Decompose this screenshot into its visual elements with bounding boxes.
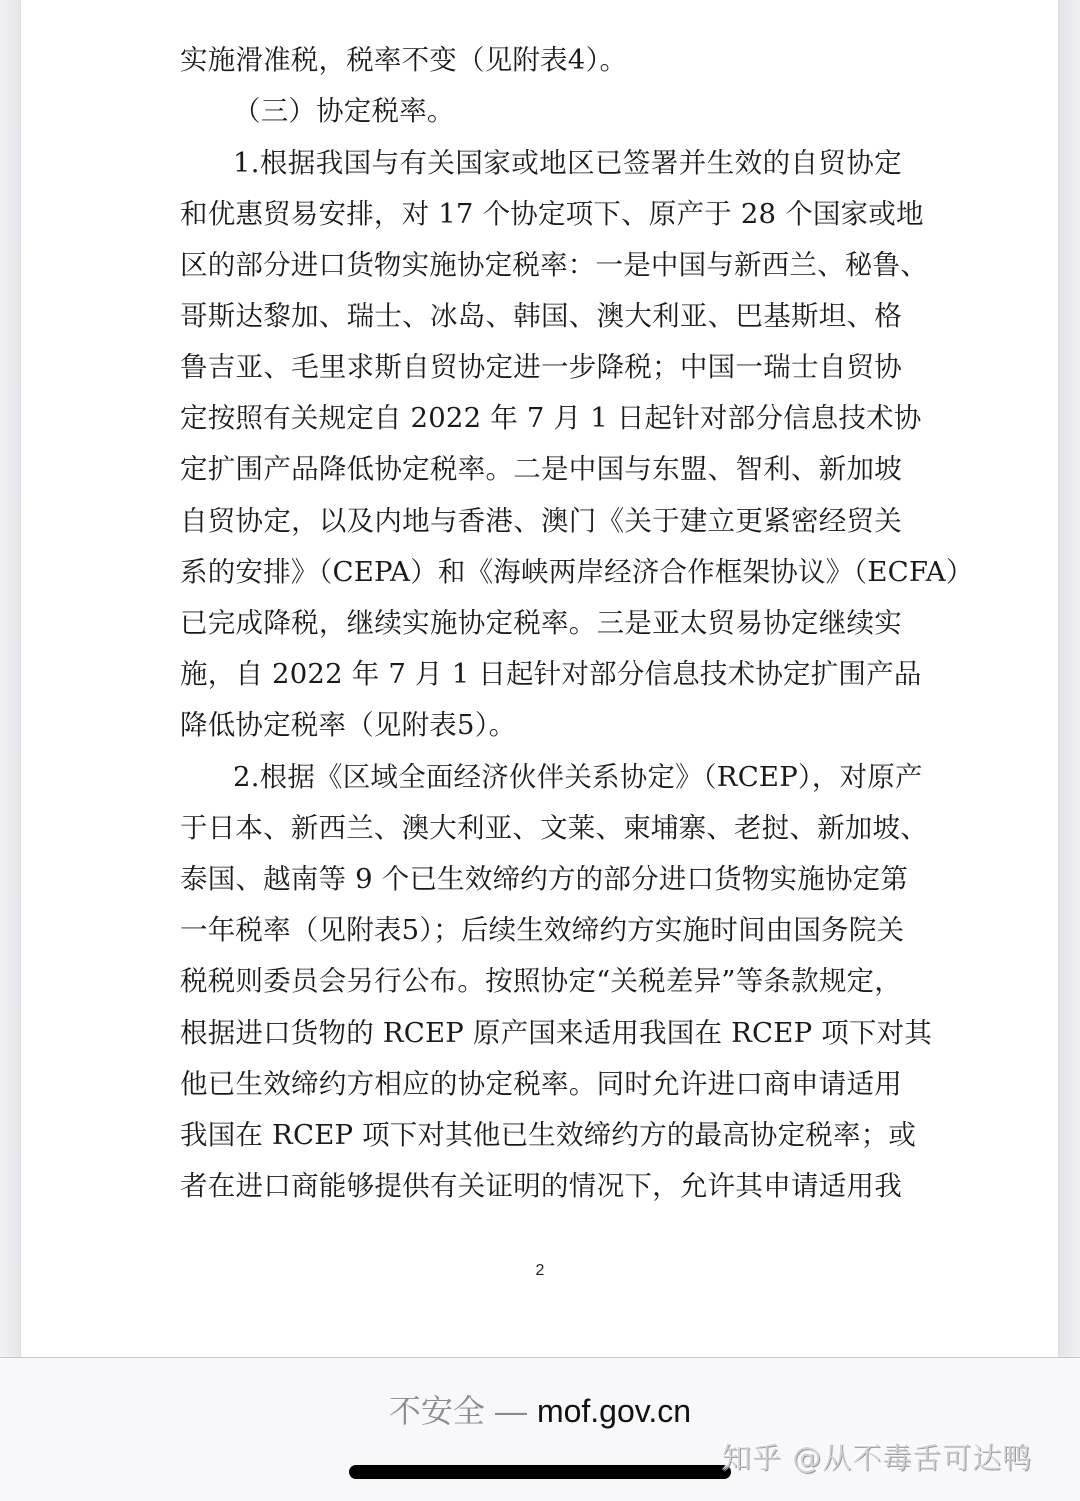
security-status: 不安全 xyxy=(389,1393,485,1429)
left-gutter xyxy=(0,0,21,1357)
document-line: 区的部分进口货物实施协定税率：一是中国与新西兰、秘鲁、 xyxy=(180,245,902,285)
url-domain: mof.gov.cn xyxy=(537,1393,691,1429)
document-line: 实施滑准税，税率不变（见附表4）。 xyxy=(180,40,902,80)
document-line: 根据进口货物的 RCEP 原产国来适用我国在 RCEP 项下对其 xyxy=(180,1013,902,1053)
url-separator: — xyxy=(495,1393,527,1429)
home-indicator[interactable] xyxy=(349,1465,731,1479)
page-number: 2 xyxy=(0,1262,1080,1280)
document-line: 哥斯达黎加、瑞士、冰岛、韩国、澳大利亚、巴基斯坦、格 xyxy=(180,296,902,336)
right-gutter xyxy=(1058,0,1080,1357)
document-line: 和优惠贸易安排，对 17 个协定项下、原产于 28 个国家或地 xyxy=(180,194,902,234)
document-line: 已完成降税，继续实施协定税率。三是亚太贸易协定继续实 xyxy=(180,603,902,643)
address-bar[interactable]: 不安全—mof.gov.cn xyxy=(0,1389,1080,1433)
document-line: 他已生效缔约方相应的协定税率。同时允许进口商申请适用 xyxy=(180,1064,902,1104)
document-line: 我国在 RCEP 项下对其他已生效缔约方的最高协定税率；或 xyxy=(180,1115,902,1155)
document-line: 一年税率（见附表5）；后续生效缔约方实施时间由国务院关 xyxy=(180,910,902,950)
document-line: 降低协定税率（见附表5）。 xyxy=(180,705,902,745)
document-line: 自贸协定，以及内地与香港、澳门《关于建立更紧密经贸关 xyxy=(180,501,902,541)
document-line: （三）协定税率。 xyxy=(233,91,902,131)
document-line: 泰国、越南等 9 个已生效缔约方的部分进口货物实施协定第 xyxy=(180,859,902,899)
document-line: 于日本、新西兰、澳大利亚、文莱、柬埔寨、老挝、新加坡、 xyxy=(180,808,902,848)
document-line: 施，自 2022 年 7 月 1 日起针对部分信息技术协定扩围产品 xyxy=(180,654,902,694)
document-line: 定扩围产品降低协定税率。二是中国与东盟、智利、新加坡 xyxy=(180,449,902,489)
watermark: 知乎 @从不毒舌可达鸭 xyxy=(722,1436,1032,1477)
document-line: 税税则委员会另行公布。按照协定“关税差异”等条款规定， xyxy=(180,961,902,1001)
document-line: 2.根据《区域全面经济伙伴关系协定》（RCEP），对原产 xyxy=(233,757,902,797)
document-line: 定按照有关规定自 2022 年 7 月 1 日起针对部分信息技术协 xyxy=(180,398,902,438)
document-line: 鲁吉亚、毛里求斯自贸协定进一步降税；中国一瑞士自贸协 xyxy=(180,347,902,387)
document-line: 系的安排》（CEPA）和《海峡两岸经济合作框架协议》（ECFA） xyxy=(180,552,902,592)
document-line: 者在进口商能够提供有关证明的情况下，允许其申请适用我 xyxy=(180,1166,902,1206)
document-line: 1.根据我国与有关国家或地区已签署并生效的自贸协定 xyxy=(233,143,902,183)
